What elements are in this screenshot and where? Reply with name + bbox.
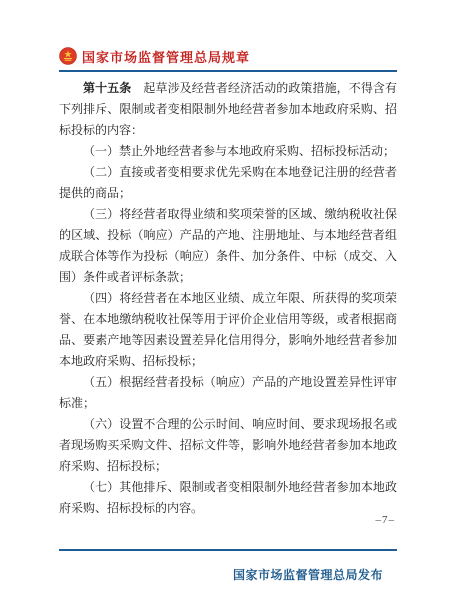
article-number-label: 第十五条	[83, 81, 131, 95]
article-item-1: （一）禁止外地经营者参与本地政府采购、招标投标活动；	[59, 141, 397, 162]
footer-divider	[59, 549, 397, 551]
header-title: 国家市场监督管理总局规章	[82, 47, 250, 66]
article-body: 第十五条 起草涉及经营者经济活动的政策措施，不得含有下列排斥、限制或者变相限制外…	[59, 78, 397, 519]
national-emblem-icon	[59, 47, 77, 65]
article-item-4: （四）将经营者在本地区业绩、成立年限、所获得的奖项荣誉、在本地缴纳税收社保等用于…	[59, 288, 397, 372]
article-item-2: （二）直接或者变相要求优先采购在本地登记注册的经营者提供的商品；	[59, 162, 397, 204]
publisher-label: 国家市场监督管理总局发布	[233, 566, 383, 583]
article-item-7: （七）其他排斥、限制或者变相限制外地经营者参加本地政府采购、招标投标的内容。	[59, 477, 397, 519]
article-item-6: （六）设置不合理的公示时间、响应时间、要求现场报名或者现场购买采购文件、招标文件…	[59, 414, 397, 477]
article-opening-paragraph: 第十五条 起草涉及经营者经济活动的政策措施，不得含有下列排斥、限制或者变相限制外…	[59, 78, 397, 141]
page-number: –7–	[376, 514, 396, 526]
article-item-5: （五）根据经营者投标（响应）产品的产地设置差异性评审标准；	[59, 372, 397, 414]
document-page: 国家市场监督管理总局规章 第十五条 起草涉及经营者经济活动的政策措施，不得含有下…	[0, 0, 452, 600]
page-header: 国家市场监督管理总局规章	[59, 45, 397, 67]
header-divider	[59, 70, 397, 72]
article-item-3: （三）将经营者取得业绩和奖项荣誉的区域、缴纳税收社保的区域、投标（响应）产品的产…	[59, 204, 397, 288]
